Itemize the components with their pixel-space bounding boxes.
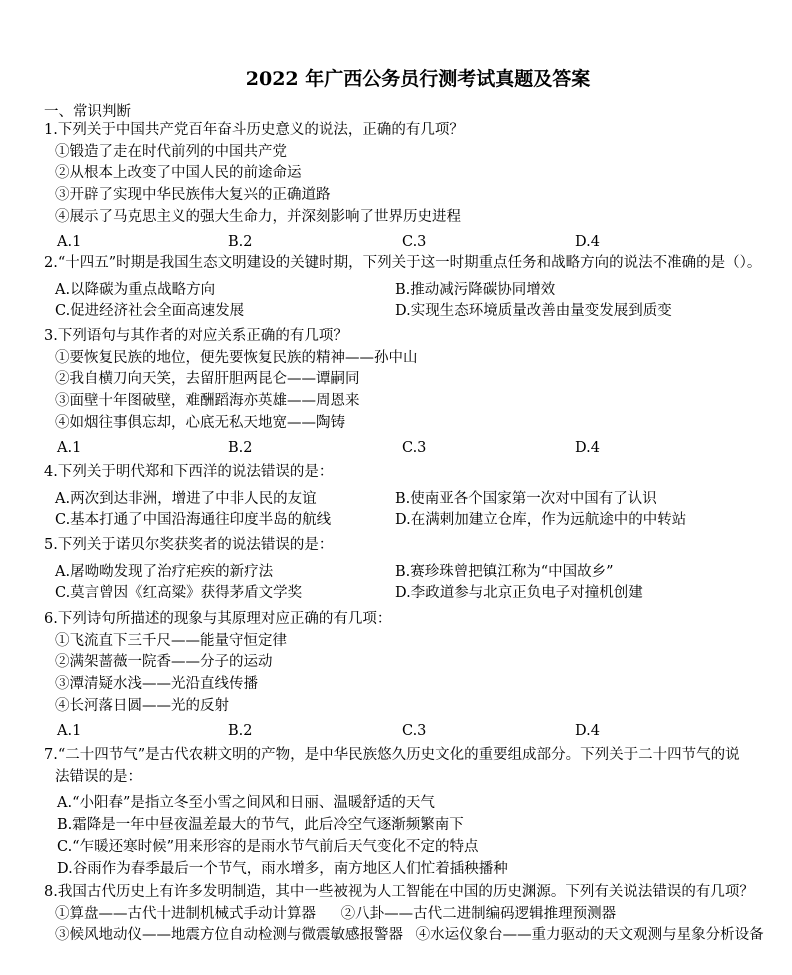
question-1: 1.下列关于中国共产党百年奋斗历史意义的说法，正确的有几项？ ①锻造了走在时代前… (44, 120, 792, 253)
question-4: 4.下列关于明代郑和下西洋的说法错误的是： A.两次到达非洲，增进了中非人民的友… (44, 462, 792, 532)
question-6: 6.下列诗句所描述的现象与其原理对应正确的有几项： ①飞流直下三千尺——能量守恒… (44, 609, 792, 742)
question-2-option-a: A.以降碳为重点战略方向 (55, 280, 215, 302)
question-3: 3.下列语句与其作者的对应关系正确的有几项？ ①要恢复民族的地位，便先要恢复民族… (44, 326, 792, 459)
question-7-stem-line-1: 7.“二十四节气”是古代农耕文明的产物，是中华民族悠久历史文化的重要组成部分。下… (44, 745, 792, 767)
question-1-item-4: ④展示了马克思主义的强大生命力，并深刻影响了世界历史进程 (44, 207, 792, 229)
question-4-option-d: D.在满剌加建立仓库，作为远航途中的中转站 (395, 510, 686, 532)
question-6-option-b: B.2 (228, 721, 253, 743)
question-8-item-4: ④水运仪象台——重力驱动的天文观测与星象分析设备 (416, 927, 764, 943)
question-3-item-4: ④如烟往事俱忘却，心底无私天地宽——陶铸 (44, 413, 792, 435)
question-4-option-row-2: C.基本打通了中国沿海通往印度半岛的航线 D.在满剌加建立仓库，作为远航途中的中… (44, 510, 792, 532)
question-3-item-2: ②我自横刀向天笑，去留肝胆两昆仑——谭嗣同 (44, 369, 792, 391)
question-7-option-c: C.“乍暖还寒时候”用来形容的是雨水节气前后天气变化不定的特点 (44, 837, 792, 859)
question-8-item-1: ①算盘——古代十进制机械式手动计算器 (55, 906, 316, 922)
question-7: 7.“二十四节气”是古代农耕文明的产物，是中华民族悠久历史文化的重要组成部分。下… (44, 745, 792, 880)
question-4-option-c: C.基本打通了中国沿海通往印度半岛的航线 (55, 510, 331, 532)
question-5-option-row-1: A.屠呦呦发现了治疗疟疾的新疗法 B.赛珍珠曾把镇江称为“中国故乡” (44, 562, 792, 584)
question-6-option-c: C.3 (402, 721, 426, 743)
question-1-option-c: C.3 (402, 232, 426, 254)
question-3-stem: 3.下列语句与其作者的对应关系正确的有几项？ (44, 326, 792, 348)
question-7-option-d: D.谷雨作为春季最后一个节气，雨水增多，南方地区人们忙着插秧播种 (44, 859, 792, 881)
question-3-option-d: D.4 (575, 438, 600, 460)
question-2-option-c: C.促进经济社会全面高速发展 (55, 301, 244, 323)
question-6-option-d: D.4 (575, 721, 600, 743)
page-title: 2022 年广西公务员行测考试真题及答案 (44, 64, 792, 91)
question-8-item-row-1: ①算盘——古代十进制机械式手动计算器 ②八卦——古代二进制编码逻辑推理预测器 (44, 904, 792, 926)
question-3-answer-row: A.1 B.2 C.3 D.4 (44, 438, 792, 460)
question-8-item-2: ②八卦——古代二进制编码逻辑推理预测器 (341, 906, 617, 922)
question-7-option-b: B.霜降是一年中昼夜温差最大的节气，此后冷空气逐渐频繁南下 (44, 815, 792, 837)
question-3-option-c: C.3 (402, 438, 426, 460)
question-6-item-2: ②满架蔷薇一院香——分子的运动 (44, 652, 792, 674)
question-7-stem-line-2: 法错误的是： (44, 767, 792, 789)
question-2-option-b: B.推动减污降碳协同增效 (395, 280, 555, 302)
question-4-option-b: B.使南亚各个国家第一次对中国有了认识 (395, 489, 657, 511)
question-1-option-a: A.1 (57, 232, 81, 254)
question-5: 5.下列关于诺贝尔奖获奖者的说法错误的是： A.屠呦呦发现了治疗疟疾的新疗法 B… (44, 535, 792, 605)
question-1-item-2: ②从根本上改变了中国人民的前途命运 (44, 163, 792, 185)
question-1-stem: 1.下列关于中国共产党百年奋斗历史意义的说法，正确的有几项？ (44, 120, 792, 142)
question-5-option-row-2: C.莫言曾因《红高粱》获得茅盾文学奖 D.李政道参与北京正负电子对撞机创建 (44, 583, 792, 605)
question-1-answer-row: A.1 B.2 C.3 D.4 (44, 232, 792, 254)
question-7-option-a: A.“小阳春”是指立冬至小雪之间风和日丽、温暖舒适的天气 (44, 793, 792, 815)
question-8-item-row-2: ③候风地动仪——地震方位自动检测与微震敏感报警器 ④水运仪象台——重力驱动的天文… (44, 925, 792, 947)
question-8: 8.我国古代历史上有许多发明制造，其中一些被视为人工智能在中国的历史渊源。下列有… (44, 882, 792, 947)
question-8-stem: 8.我国古代历史上有许多发明制造，其中一些被视为人工智能在中国的历史渊源。下列有… (44, 882, 792, 904)
question-2-option-row-2: C.促进经济社会全面高速发展 D.实现生态环境质量改善由量变发展到质变 (44, 301, 792, 323)
question-6-item-4: ④长河落日圆——光的反射 (44, 696, 792, 718)
question-1-item-3: ③开辟了实现中华民族伟大复兴的正确道路 (44, 185, 792, 207)
question-5-stem: 5.下列关于诺贝尔奖获奖者的说法错误的是： (44, 535, 792, 557)
question-2-stem: 2.“十四五”时期是我国生态文明建设的关键时期，下列关于这一时期重点任务和战略方… (44, 253, 792, 275)
question-2-option-d: D.实现生态环境质量改善由量变发展到质变 (395, 301, 672, 323)
question-6-item-1: ①飞流直下三千尺——能量守恒定律 (44, 631, 792, 653)
question-2: 2.“十四五”时期是我国生态文明建设的关键时期，下列关于这一时期重点任务和战略方… (44, 253, 792, 323)
question-5-option-c: C.莫言曾因《红高粱》获得茅盾文学奖 (55, 583, 302, 605)
question-3-option-b: B.2 (228, 438, 253, 460)
question-6-option-a: A.1 (57, 721, 81, 743)
question-1-item-1: ①锻造了走在时代前列的中国共产党 (44, 142, 792, 164)
question-6-item-3: ③潭清疑水浅——光沿直线传播 (44, 674, 792, 696)
question-4-option-row-1: A.两次到达非洲，增进了中非人民的友谊 B.使南亚各个国家第一次对中国有了认识 (44, 489, 792, 511)
question-8-item-3: ③候风地动仪——地震方位自动检测与微震敏感报警器 (55, 927, 403, 943)
question-2-option-row-1: A.以降碳为重点战略方向 B.推动减污降碳协同增效 (44, 280, 792, 302)
question-5-option-a: A.屠呦呦发现了治疗疟疾的新疗法 (55, 562, 273, 584)
question-6-answer-row: A.1 B.2 C.3 D.4 (44, 721, 792, 743)
question-3-item-3: ③面壁十年图破壁，难酬蹈海亦英雄——周恩来 (44, 391, 792, 413)
question-1-option-d: D.4 (575, 232, 600, 254)
question-4-option-a: A.两次到达非洲，增进了中非人民的友谊 (55, 489, 317, 511)
question-3-item-1: ①要恢复民族的地位，便先要恢复民族的精神——孙中山 (44, 348, 792, 370)
question-4-stem: 4.下列关于明代郑和下西洋的说法错误的是： (44, 462, 792, 484)
question-6-stem: 6.下列诗句所描述的现象与其原理对应正确的有几项： (44, 609, 792, 631)
question-5-option-b: B.赛珍珠曾把镇江称为“中国故乡” (395, 562, 614, 584)
question-3-option-a: A.1 (57, 438, 81, 460)
question-5-option-d: D.李政道参与北京正负电子对撞机创建 (395, 583, 643, 605)
question-1-option-b: B.2 (228, 232, 253, 254)
exam-document-page: 2022 年广西公务员行测考试真题及答案 一、常识判断 1.下列关于中国共产党百… (0, 0, 792, 975)
